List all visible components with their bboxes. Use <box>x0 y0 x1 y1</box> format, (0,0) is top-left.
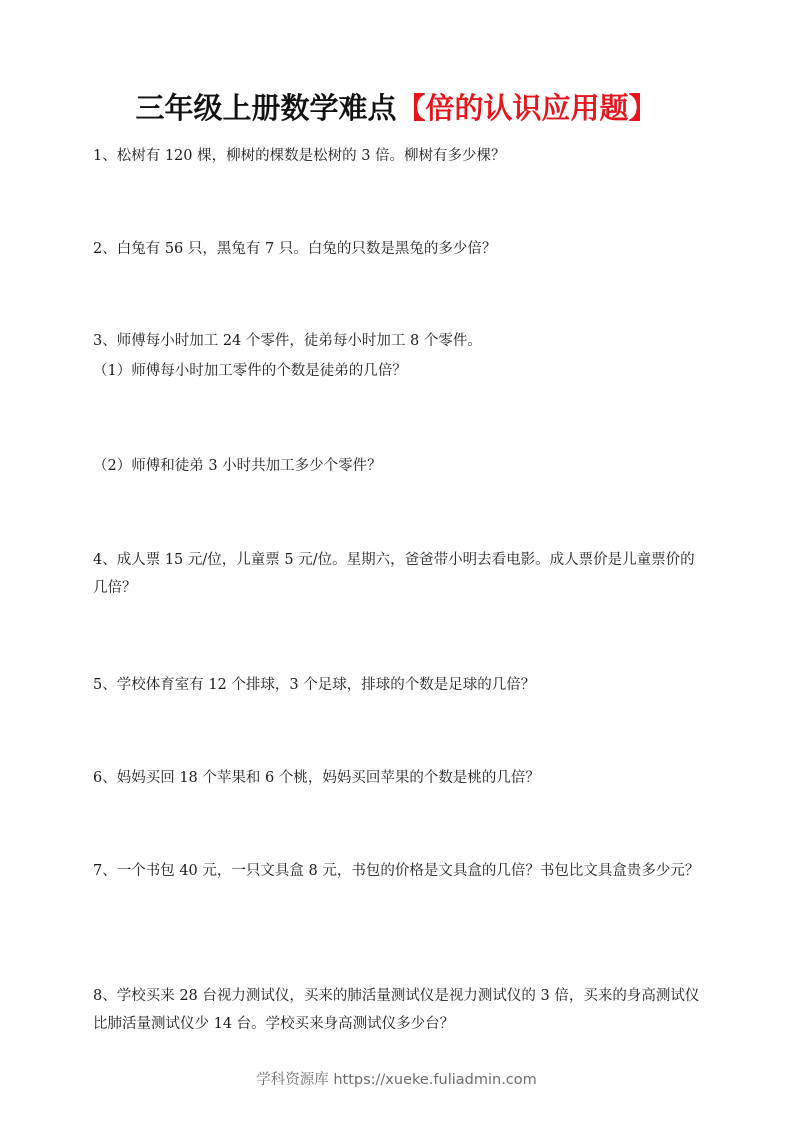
page-title: 三年级上册数学难点【倍的认识应用题】 <box>0 88 793 128</box>
question-6: 6、妈妈买回 18 个苹果和 6 个桃，妈妈买回苹果的个数是桃的几倍？ <box>93 764 708 792</box>
question-5: 5、学校体育室有 12 个排球，3 个足球，排球的个数是足球的几倍？ <box>93 671 708 699</box>
question-3-part-2: （2）师傅和徒弟 3 小时共加工多少个零件？ <box>93 452 708 480</box>
question-7: 7、一个书包 40 元，一只文具盒 8 元，书包的价格是文具盒的几倍？书包比文具… <box>93 857 708 885</box>
question-4: 4、成人票 15 元/位，儿童票 5 元/位。星期六，爸爸带小明去看电影。成人票… <box>93 546 708 602</box>
question-1: 1、松树有 120 棵，柳树的棵数是松树的 3 倍。柳树有多少棵？ <box>93 142 708 170</box>
question-3: 3、师傅每小时加工 24 个零件，徒弟每小时加工 8 个零件。 <box>93 327 708 355</box>
question-2: 2、白兔有 56 只，黑兔有 7 只。白兔的只数是黑兔的多少倍？ <box>93 235 708 263</box>
footer-watermark: 学科资源库 https://xueke.fuliadmin.com <box>0 1068 793 1092</box>
title-main: 三年级上册数学难点 <box>135 91 396 125</box>
question-8: 8、学校买来 28 台视力测试仪，买来的肺活量测试仪是视力测试仪的 3 倍，买来… <box>93 982 708 1038</box>
question-3-part-1: （1）师傅每小时加工零件的个数是徒弟的几倍？ <box>93 357 708 385</box>
title-accent: 【倍的认识应用题】 <box>397 91 658 125</box>
